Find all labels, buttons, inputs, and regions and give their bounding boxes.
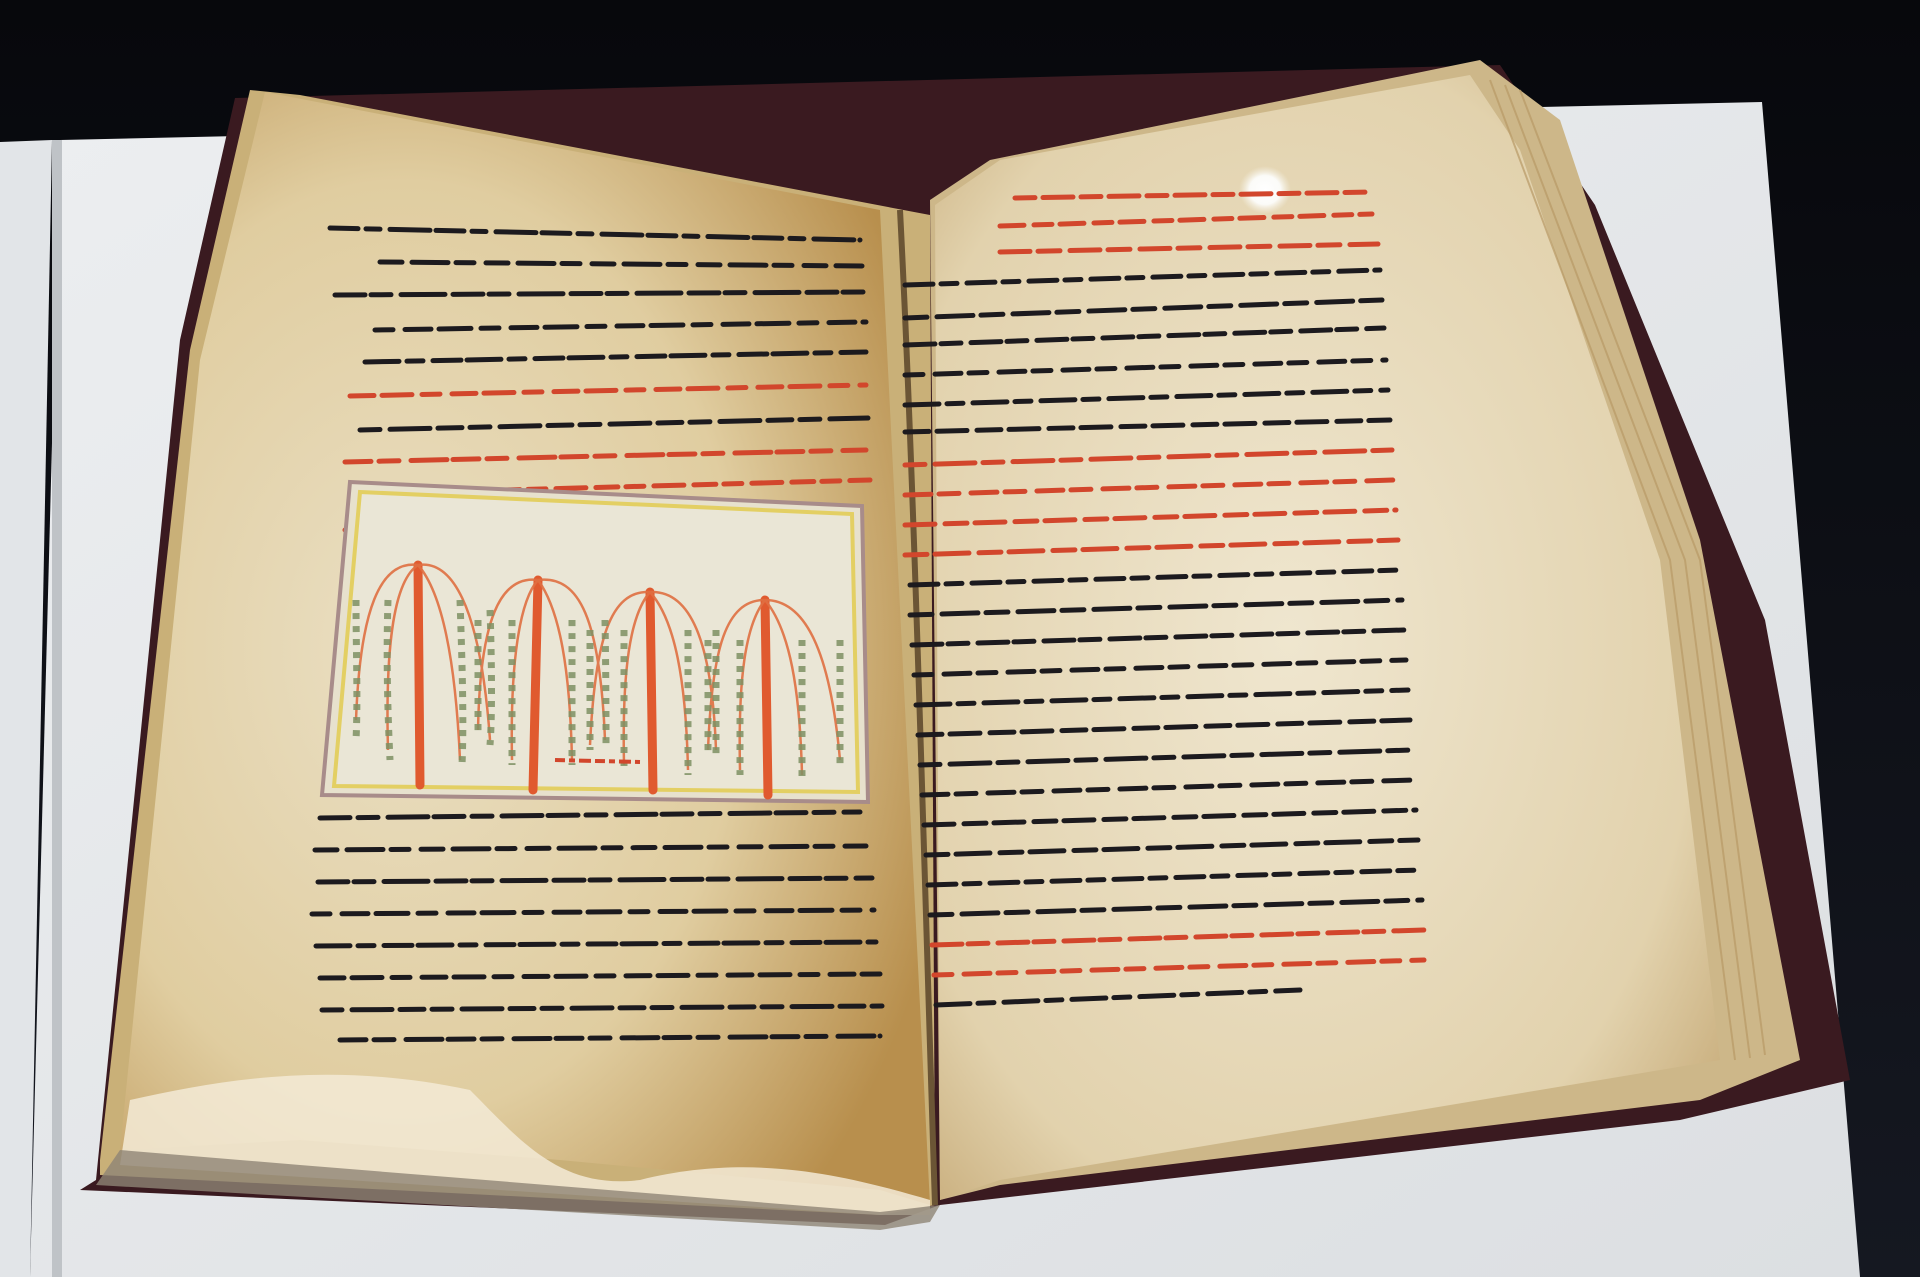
photo-scene — [0, 0, 1920, 1277]
glare-highlight — [1239, 166, 1291, 214]
manuscript-photo — [0, 0, 1920, 1277]
tree-3-trunk — [650, 592, 653, 790]
willow-illustration — [322, 482, 868, 802]
plinth-gap — [52, 140, 62, 1277]
tree-2-trunk — [533, 580, 538, 790]
tree-4-trunk — [765, 600, 768, 795]
tree-1-trunk — [418, 565, 420, 785]
